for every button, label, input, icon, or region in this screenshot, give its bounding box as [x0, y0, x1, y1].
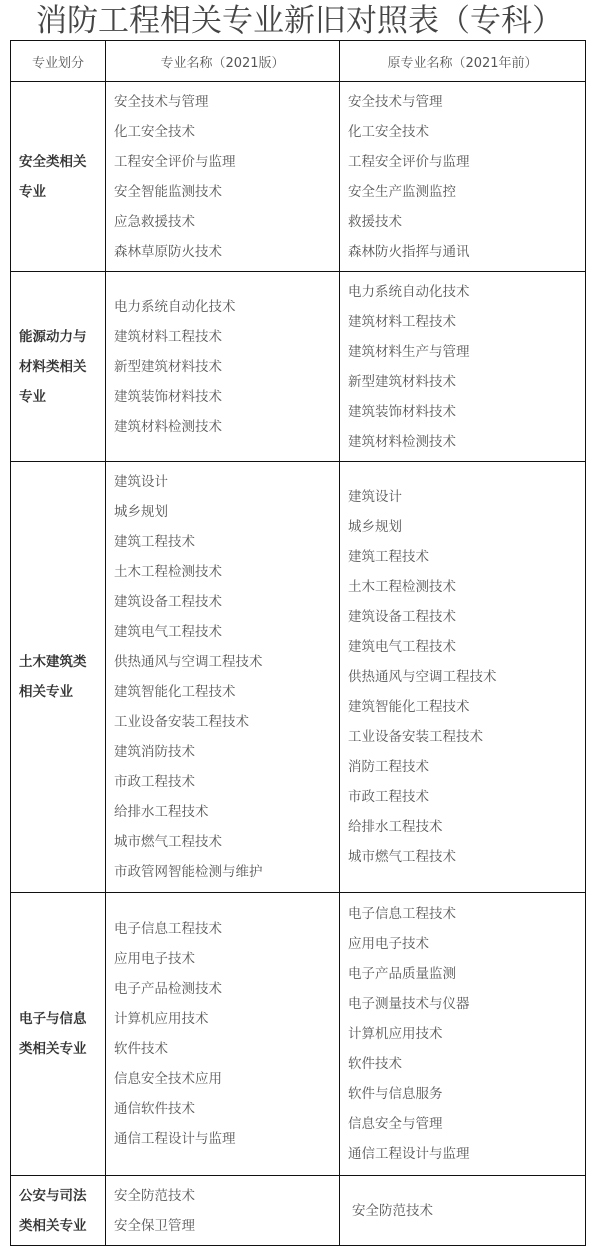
- old-major-name: 电子测量技术与仪器: [348, 989, 585, 1019]
- table-row: 电子与信息类相关专业 电子信息工程技术应用电子技术电子产品检测技术计算机应用技术…: [11, 893, 586, 1176]
- new-major-name: 建筑设计: [114, 467, 339, 497]
- new-major-name: 电子产品检测技术: [114, 974, 339, 1004]
- category-label: 相关专业: [19, 677, 105, 707]
- new-major-name: 工程安全评价与监理: [114, 147, 339, 177]
- new-major-name: 工业设备安装工程技术: [114, 707, 339, 737]
- new-names-cell: 电力系统自动化技术建筑材料工程技术新型建筑材料技术建筑装饰材料技术建筑材料检测技…: [106, 272, 340, 462]
- major-comparison-table: 专业划分 专业名称（2021版） 原专业名称（2021年前） 安全类相关专业 安…: [10, 40, 586, 1246]
- category-label: 专业: [19, 177, 105, 207]
- old-major-name: 给排水工程技术: [348, 812, 585, 842]
- old-names-cell: 电子信息工程技术应用电子技术电子产品质量监测电子测量技术与仪器计算机应用技术软件…: [340, 893, 586, 1176]
- old-major-name: 化工安全技术: [348, 117, 585, 147]
- old-major-name: 消防工程技术: [348, 752, 585, 782]
- old-major-name: 工程安全评价与监理: [348, 147, 585, 177]
- new-names-cell: 电子信息工程技术应用电子技术电子产品检测技术计算机应用技术软件技术信息安全技术应…: [106, 893, 340, 1176]
- header-category: 专业划分: [11, 41, 106, 82]
- new-names-cell: 安全防范技术安全保卫管理: [106, 1176, 340, 1246]
- old-major-name: 软件技术: [348, 1049, 585, 1079]
- category-label: 电子与信息: [19, 1004, 105, 1034]
- table-row: 公安与司法类相关专业 安全防范技术安全保卫管理 安全防范技术: [11, 1176, 586, 1246]
- new-major-name: 森林草原防火技术: [114, 237, 339, 267]
- old-major-name: 电子信息工程技术: [348, 899, 585, 929]
- new-major-name: 建筑材料工程技术: [114, 322, 339, 352]
- old-major-name: 森林防火指挥与通讯: [348, 237, 585, 267]
- old-major-name: 建筑材料生产与管理: [348, 337, 585, 367]
- new-major-name: 信息安全技术应用: [114, 1064, 339, 1094]
- category-label: 土木建筑类: [19, 647, 105, 677]
- new-major-name: 市政工程技术: [114, 767, 339, 797]
- old-major-name: 安全防范技术: [352, 1196, 585, 1226]
- new-major-name: 应急救援技术: [114, 207, 339, 237]
- new-major-name: 建筑电气工程技术: [114, 617, 339, 647]
- old-major-name: 土木工程检测技术: [348, 572, 585, 602]
- table-row: 安全类相关专业 安全技术与管理化工安全技术工程安全评价与监理安全智能监测技术应急…: [11, 82, 586, 272]
- old-names-cell: 建筑设计城乡规划建筑工程技术土木工程检测技术建筑设备工程技术建筑电气工程技术供热…: [340, 462, 586, 893]
- new-major-name: 新型建筑材料技术: [114, 352, 339, 382]
- old-major-name: 建筑材料工程技术: [348, 307, 585, 337]
- old-major-name: 安全生产监测监控: [348, 177, 585, 207]
- new-major-name: 计算机应用技术: [114, 1004, 339, 1034]
- old-major-name: 供热通风与空调工程技术: [348, 662, 585, 692]
- new-major-name: 电子信息工程技术: [114, 914, 339, 944]
- category-label: 公安与司法: [19, 1181, 105, 1211]
- new-major-name: 建筑设备工程技术: [114, 587, 339, 617]
- old-names-cell: 安全技术与管理化工安全技术工程安全评价与监理安全生产监测监控救援技术森林防火指挥…: [340, 82, 586, 272]
- new-major-name: 安全防范技术: [114, 1181, 339, 1211]
- old-major-name: 计算机应用技术: [348, 1019, 585, 1049]
- old-major-name: 城乡规划: [348, 512, 585, 542]
- category-cell: 土木建筑类相关专业: [11, 462, 106, 893]
- new-major-name: 给排水工程技术: [114, 797, 339, 827]
- new-major-name: 安全智能监测技术: [114, 177, 339, 207]
- new-major-name: 应用电子技术: [114, 944, 339, 974]
- new-major-name: 安全技术与管理: [114, 87, 339, 117]
- new-names-cell: 建筑设计城乡规划建筑工程技术土木工程检测技术建筑设备工程技术建筑电气工程技术供热…: [106, 462, 340, 893]
- new-major-name: 建筑装饰材料技术: [114, 382, 339, 412]
- category-cell: 电子与信息类相关专业: [11, 893, 106, 1176]
- old-major-name: 建筑电气工程技术: [348, 632, 585, 662]
- old-major-name: 电子产品质量监测: [348, 959, 585, 989]
- table-row: 土木建筑类相关专业 建筑设计城乡规划建筑工程技术土木工程检测技术建筑设备工程技术…: [11, 462, 586, 893]
- new-major-name: 市政管网智能检测与维护: [114, 857, 339, 887]
- page-title: 消防工程相关专业新旧对照表（专科）: [0, 2, 599, 40]
- category-label: 能源动力与: [19, 322, 105, 352]
- old-major-name: 建筑智能化工程技术: [348, 692, 585, 722]
- new-major-name: 建筑消防技术: [114, 737, 339, 767]
- category-label: 安全类相关: [19, 147, 105, 177]
- new-names-cell: 安全技术与管理化工安全技术工程安全评价与监理安全智能监测技术应急救援技术森林草原…: [106, 82, 340, 272]
- category-label: 材料类相关: [19, 352, 105, 382]
- new-major-name: 安全保卫管理: [114, 1211, 339, 1241]
- old-major-name: 建筑材料检测技术: [348, 427, 585, 457]
- new-major-name: 化工安全技术: [114, 117, 339, 147]
- old-major-name: 建筑工程技术: [348, 542, 585, 572]
- old-major-name: 软件与信息服务: [348, 1079, 585, 1109]
- old-names-cell: 电力系统自动化技术建筑材料工程技术建筑材料生产与管理新型建筑材料技术建筑装饰材料…: [340, 272, 586, 462]
- old-major-name: 安全技术与管理: [348, 87, 585, 117]
- new-major-name: 城乡规划: [114, 497, 339, 527]
- old-major-name: 市政工程技术: [348, 782, 585, 812]
- old-major-name: 电力系统自动化技术: [348, 277, 585, 307]
- new-major-name: 电力系统自动化技术: [114, 292, 339, 322]
- new-major-name: 土木工程检测技术: [114, 557, 339, 587]
- new-major-name: 建筑材料检测技术: [114, 412, 339, 442]
- old-major-name: 通信工程设计与监理: [348, 1139, 585, 1169]
- new-major-name: 建筑智能化工程技术: [114, 677, 339, 707]
- old-major-name: 新型建筑材料技术: [348, 367, 585, 397]
- old-major-name: 建筑设备工程技术: [348, 602, 585, 632]
- old-major-name: 建筑设计: [348, 482, 585, 512]
- old-major-name: 应用电子技术: [348, 929, 585, 959]
- old-major-name: 城市燃气工程技术: [348, 842, 585, 872]
- new-major-name: 建筑工程技术: [114, 527, 339, 557]
- category-cell: 能源动力与材料类相关专业: [11, 272, 106, 462]
- new-major-name: 软件技术: [114, 1034, 339, 1064]
- new-major-name: 供热通风与空调工程技术: [114, 647, 339, 677]
- table-header-row: 专业划分 专业名称（2021版） 原专业名称（2021年前）: [11, 41, 586, 82]
- category-cell: 安全类相关专业: [11, 82, 106, 272]
- category-label: 专业: [19, 382, 105, 412]
- header-new-name: 专业名称（2021版）: [106, 41, 340, 82]
- old-names-cell: 安全防范技术: [340, 1176, 586, 1246]
- old-major-name: 建筑装饰材料技术: [348, 397, 585, 427]
- new-major-name: 通信软件技术: [114, 1094, 339, 1124]
- category-cell: 公安与司法类相关专业: [11, 1176, 106, 1246]
- old-major-name: 信息安全与管理: [348, 1109, 585, 1139]
- category-label: 类相关专业: [19, 1034, 105, 1064]
- category-label: 类相关专业: [19, 1211, 105, 1241]
- new-major-name: 城市燃气工程技术: [114, 827, 339, 857]
- table-row: 能源动力与材料类相关专业 电力系统自动化技术建筑材料工程技术新型建筑材料技术建筑…: [11, 272, 586, 462]
- old-major-name: 工业设备安装工程技术: [348, 722, 585, 752]
- header-old-name: 原专业名称（2021年前）: [340, 41, 586, 82]
- new-major-name: 通信工程设计与监理: [114, 1124, 339, 1154]
- old-major-name: 救援技术: [348, 207, 585, 237]
